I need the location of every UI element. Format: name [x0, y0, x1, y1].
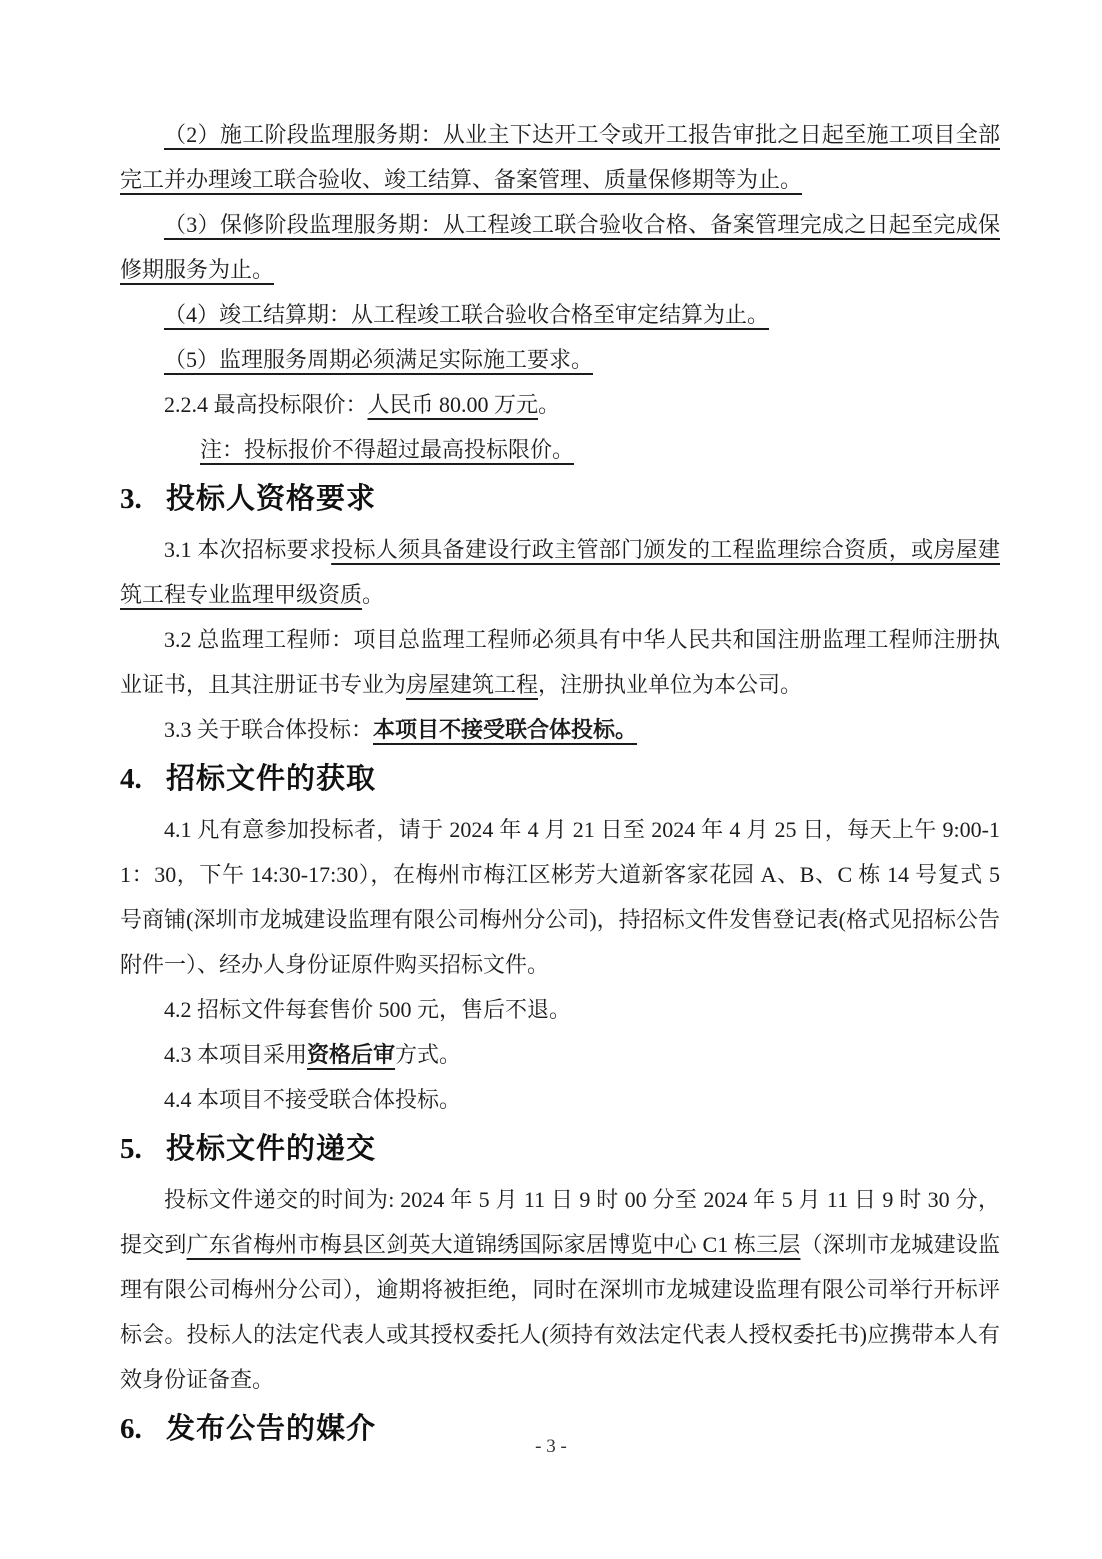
section-title: 投标文件的递交	[166, 1125, 376, 1174]
para-4-2-price: 4.2 招标文件每套售价 500 元，售后不退。	[120, 987, 1000, 1032]
para-5-1-submission: 投标文件递交的时间为: 2024 年 5 月 11 日 9 时 00 分至 20…	[120, 1177, 1000, 1402]
text-run: ，注册执业单位为本公司。	[538, 672, 802, 697]
underlined-text: 房屋建筑工程	[406, 672, 538, 697]
underlined-text: （5）监理服务周期必须满足实际施工要求。	[164, 347, 593, 372]
para-4-1-obtain-documents: 4.1 凡有意参加投标者，请于 2024 年 4 月 21 日至 2024 年 …	[120, 807, 1000, 987]
para-price-note: 注：投标报价不得超过最高投标限价。	[120, 427, 1000, 472]
para-supervision-period-2: （2）施工阶段监理服务期：从业主下达开工令或开工报告审批之日起至施工项目全部完工…	[120, 112, 1000, 202]
text-run: 3.1 本次招标要求	[164, 537, 331, 562]
section-5-heading: 5.投标文件的递交	[120, 1125, 1000, 1174]
text-run: 。	[362, 582, 384, 607]
section-4-heading: 4.招标文件的获取	[120, 755, 1000, 804]
para-3-3-consortium: 3.3 关于联合体投标：本项目不接受联合体投标。	[120, 707, 1000, 752]
underlined-text: （2）施工阶段监理服务期：从业主下达开工令或开工报告审批之日起至施工项目全部完工…	[120, 122, 1000, 192]
section-3-heading: 3.投标人资格要求	[120, 475, 1000, 524]
para-3-1-qualification: 3.1 本次招标要求投标人须具备建设行政主管部门颁发的工程监理综合资质，或房屋建…	[120, 527, 1000, 617]
section-title: 招标文件的获取	[166, 755, 376, 804]
underlined-text: 注：投标报价不得超过最高投标限价。	[200, 437, 574, 462]
text-run: 。	[538, 392, 560, 417]
underlined-text: （4）竣工结算期：从工程竣工联合验收合格至审定结算为止。	[164, 302, 769, 327]
para-3-2-chief-engineer: 3.2 总监理工程师：项目总监理工程师必须具有中华人民共和国注册监理工程师注册执…	[120, 617, 1000, 707]
underlined-text: 广东省梅州市梅县区剑英大道锦绣国际家居博览中心 C1 栋三层	[187, 1232, 801, 1257]
bold-underlined-text: 资格后审	[307, 1042, 395, 1067]
section-number: 4.	[120, 755, 166, 804]
max-price-value: 人民币 80.00 万元	[368, 392, 539, 417]
document-page: （2）施工阶段监理服务期：从业主下达开工令或开工报告审批之日起至施工项目全部完工…	[0, 0, 1102, 1559]
bold-underlined-text: 本项目不接受联合体投标。	[373, 717, 637, 742]
para-4-3-post-qualification: 4.3 本项目采用资格后审方式。	[120, 1032, 1000, 1077]
para-supervision-period-3: （3）保修阶段监理服务期：从工程竣工联合验收合格、备案管理完成之日起至完成保修期…	[120, 202, 1000, 292]
text-run: 方式。	[395, 1042, 461, 1067]
text-run: 3.3 关于联合体投标：	[164, 717, 373, 742]
text-run: 4.4 本项目不接受联合体投标。	[164, 1087, 461, 1112]
underlined-text: （3）保修阶段监理服务期：从工程竣工联合验收合格、备案管理完成之日起至完成保修期…	[120, 212, 1000, 282]
section-number: 3.	[120, 475, 166, 524]
section-number: 5.	[120, 1125, 166, 1174]
page-number: - 3 -	[0, 1436, 1102, 1458]
section-title: 投标人资格要求	[166, 475, 376, 524]
text-run: 4.3 本项目采用	[164, 1042, 307, 1067]
para-4-4-no-consortium: 4.4 本项目不接受联合体投标。	[120, 1077, 1000, 1122]
text-run: 4.1 凡有意参加投标者，请于 2024 年 4 月 21 日至 2024 年 …	[120, 817, 1000, 977]
para-service-cycle-5: （5）监理服务周期必须满足实际施工要求。	[120, 337, 1000, 382]
text-run: 2.2.4 最高投标限价：	[164, 392, 368, 417]
text-run: 4.2 招标文件每套售价 500 元，售后不退。	[164, 997, 571, 1022]
para-max-bid-price: 2.2.4 最高投标限价：人民币 80.00 万元。	[120, 382, 1000, 427]
para-settlement-period-4: （4）竣工结算期：从工程竣工联合验收合格至审定结算为止。	[120, 292, 1000, 337]
